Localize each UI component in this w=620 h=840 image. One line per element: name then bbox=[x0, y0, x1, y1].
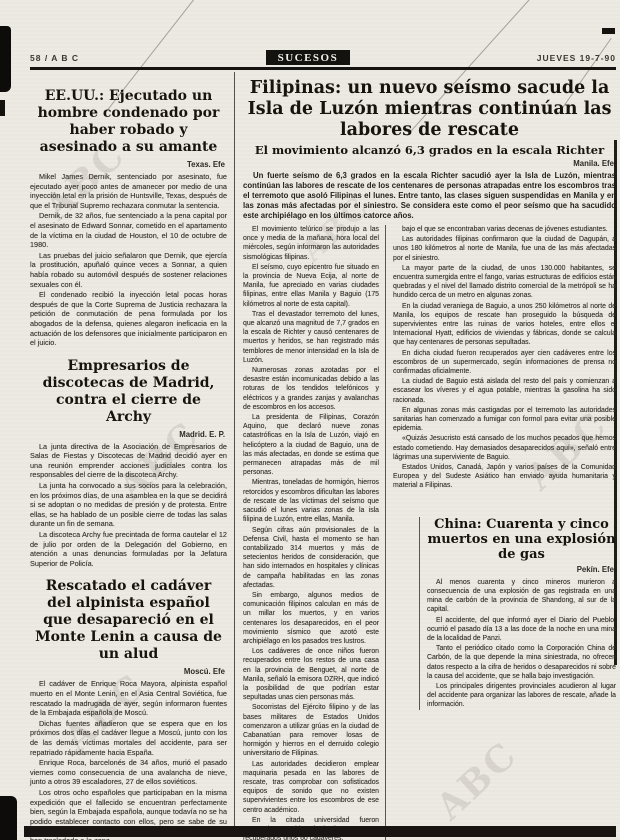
paragraph: Estados Unidos, Canadá, Japón y varios p… bbox=[393, 463, 616, 491]
main-article-columns: El movimiento telúrico se produjo a las … bbox=[243, 225, 616, 840]
masthead: 58 / A B C SUCESOS JUEVES 19-7-90 bbox=[30, 50, 616, 70]
paragraph: El condenado recibió la inyección letal … bbox=[30, 290, 227, 348]
paragraph: En algunas zonas más castigadas por el t… bbox=[393, 406, 616, 434]
scan-artifact-blob bbox=[0, 796, 17, 840]
paragraph: «Quizás Jesucristo está cansado de los m… bbox=[393, 434, 616, 462]
paragraph: Según cifras aún provisionales de la Def… bbox=[243, 526, 379, 590]
dateline: Moscú. Efe bbox=[32, 667, 225, 676]
paragraph: La junta directiva de la Asociación de E… bbox=[30, 442, 227, 480]
article-headline: Empresarios de discotecas de Madrid, con… bbox=[32, 358, 225, 426]
main-column-right-text: bajo el que se encontraban varias decena… bbox=[393, 225, 616, 491]
paragraph: Tras el devastador terremoto del lunes, … bbox=[243, 310, 379, 365]
paragraph: La presidenta de Filipinas, Corazón Aqui… bbox=[243, 413, 379, 477]
dateline: Manila. Efe bbox=[245, 159, 614, 168]
main-subhead: El movimiento alcanzó 6,3 grados en la e… bbox=[243, 144, 616, 157]
paragraph: Numerosas zonas azotadas por el desastre… bbox=[243, 366, 379, 412]
edition-date: JUEVES 19-7-90 bbox=[537, 53, 616, 65]
paragraph: El cadáver de Enrique Roca Mayora, alpin… bbox=[30, 679, 227, 717]
main-column-left: El movimiento telúrico se produjo a las … bbox=[243, 225, 385, 840]
paragraph: bajo el que se encontraban varias decena… bbox=[393, 225, 616, 234]
left-column: EE.UU.: Ejecutado un hombre condenado po… bbox=[30, 72, 235, 828]
dateline: Pekín. Efe bbox=[429, 565, 614, 574]
paragraph: En la ciudad veraniega de Baguio, a unos… bbox=[393, 302, 616, 348]
paragraph: Los cadáveres de once niños fueron recup… bbox=[243, 647, 379, 702]
paragraph: La junta ha convocado a sus socios para … bbox=[30, 481, 227, 529]
paragraph: Al menos cuarenta y cinco mineros murier… bbox=[427, 578, 616, 615]
scan-artifact-blob bbox=[0, 26, 11, 92]
article-headline: China: Cuarenta y cinco muertos en una e… bbox=[427, 517, 616, 562]
paragraph: Los principales dirigentes provinciales … bbox=[427, 682, 616, 710]
paragraph: Socorristas del Ejército filipino y de l… bbox=[243, 703, 379, 758]
section-label: SUCESOS bbox=[266, 50, 351, 65]
article-headline: EE.UU.: Ejecutado un hombre condenado po… bbox=[32, 88, 225, 156]
article-ejecutado-eeuu: EE.UU.: Ejecutado un hombre condenado po… bbox=[30, 88, 227, 348]
paragraph: El movimiento telúrico se produjo a las … bbox=[243, 225, 379, 262]
paragraph: La discoteca Archy fue precintada de for… bbox=[30, 530, 227, 568]
article-headline: Rescatado el cadáver del alpinista españ… bbox=[32, 578, 225, 663]
paragraph: En dicha ciudad fueron recuperados ayer … bbox=[393, 349, 616, 377]
page-content: EE.UU.: Ejecutado un hombre condenado po… bbox=[30, 72, 616, 828]
main-article-filipinas: Filipinas: un nuevo seísmo sacude la Isl… bbox=[235, 72, 616, 828]
article-body: La junta directiva de la Asociación de E… bbox=[30, 442, 227, 569]
paragraph: Dichas fuentes añadieron que se espera q… bbox=[30, 719, 227, 757]
main-column-right: bajo el que se encontraban varias decena… bbox=[385, 225, 616, 840]
paragraph: Dernik, de 32 años, fue sentenciado a la… bbox=[30, 211, 227, 249]
paragraph: El accidente, del que informó ayer el Di… bbox=[427, 616, 616, 644]
scan-artifact-blob bbox=[0, 100, 5, 116]
paragraph: La mayor parte de la ciudad, de unos 130… bbox=[393, 264, 616, 301]
paragraph: En la citada universidad fueron rescatad… bbox=[243, 816, 379, 840]
article-body: El cadáver de Enrique Roca Mayora, alpin… bbox=[30, 679, 227, 840]
paragraph: Las pruebas del juicio señalaron que Der… bbox=[30, 251, 227, 289]
paragraph: Los otros ocho españoles que participaba… bbox=[30, 788, 227, 840]
article-body: Al menos cuarenta y cinco mineros murier… bbox=[427, 578, 616, 710]
article-body: Mikel James Dernik, sentenciado por ases… bbox=[30, 172, 227, 348]
paragraph: El seísmo, cuyo epicentro fue situado en… bbox=[243, 263, 379, 309]
paragraph: Mientras, toneladas de hormigón, hierros… bbox=[243, 478, 379, 524]
article-discotecas-archy: Empresarios de discotecas de Madrid, con… bbox=[30, 358, 227, 569]
newspaper-page: ABC ABC ABC ABC ABC ABC 58 / A B C SUCES… bbox=[0, 0, 620, 840]
lead-paragraph: Un fuerte seísmo de 6,3 grados en la esc… bbox=[243, 171, 616, 221]
main-headline: Filipinas: un nuevo seísmo sacude la Isl… bbox=[243, 78, 616, 141]
dateline: Texas. Efe bbox=[32, 160, 225, 169]
dateline: Madrid. E. P. bbox=[32, 430, 225, 439]
paragraph: Las autoridades decidieron emplear maqui… bbox=[243, 760, 379, 815]
scan-artifact-tick bbox=[602, 28, 615, 34]
paragraph: Mikel James Dernik, sentenciado por ases… bbox=[30, 172, 227, 210]
paragraph: Tanto el periódico citado como la Corpor… bbox=[427, 644, 616, 681]
paragraph: La ciudad de Baguio está aislada del res… bbox=[393, 377, 616, 405]
paragraph: Sin embargo, algunos medios de comunicac… bbox=[243, 591, 379, 646]
paragraph: Enrique Roca, barcelonés de 34 años, mur… bbox=[30, 758, 227, 787]
article-alpinista-monte-lenin: Rescatado el cadáver del alpinista españ… bbox=[30, 578, 227, 840]
paragraph: Las autoridades filipinas confirmaron qu… bbox=[393, 235, 616, 263]
page-number-brand: 58 / A B C bbox=[30, 53, 79, 65]
lead-text: Un fuerte seísmo de 6,3 grados en la esc… bbox=[243, 171, 616, 221]
article-china-explosion: China: Cuarenta y cinco muertos en una e… bbox=[419, 517, 616, 710]
